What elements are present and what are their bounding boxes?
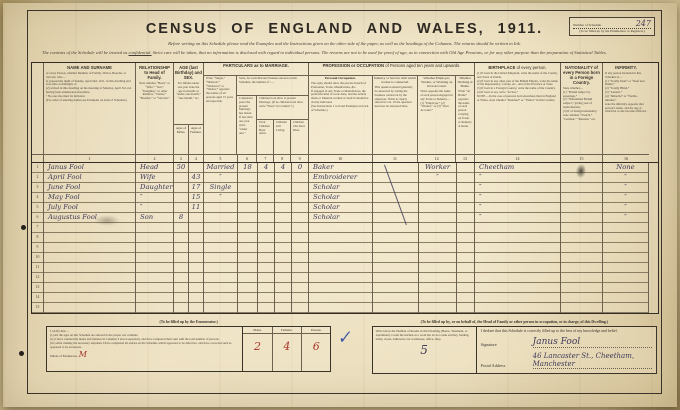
header-personal-occupation: Personal Occupation. The reply should sh…: [309, 76, 373, 154]
cell-born: [258, 193, 274, 203]
cell-years: [238, 273, 257, 283]
cell-status: [204, 213, 237, 223]
punch-dot: [19, 351, 24, 356]
cell-rel: [136, 253, 173, 263]
cell-inf: ″: [603, 213, 648, 223]
cell-occ: [309, 233, 372, 243]
cell-birth: ″: [475, 213, 560, 223]
cell-birth: [475, 223, 560, 233]
header-age-males: Ages of Males.: [174, 125, 189, 154]
cell-at_home: [457, 243, 474, 253]
cell-industry: [373, 273, 418, 283]
header-name-body: of every Person, whether Member of Famil…: [44, 71, 135, 104]
cell-age_f: [189, 223, 203, 233]
cell-industry: [373, 173, 418, 183]
column-at-home: [457, 163, 475, 313]
cell-age_m: [174, 253, 188, 263]
cell-age_m: [174, 223, 188, 233]
cell-age_f: [189, 243, 203, 253]
cell-inf: None: [603, 163, 648, 173]
cell-nat: [561, 283, 602, 293]
cell-industry: [373, 163, 418, 173]
row-number: 8: [32, 233, 43, 243]
cell-at_home: [457, 253, 474, 263]
column-relationship: HeadWifeDaughter″″Son: [136, 163, 174, 313]
cell-industry: [373, 283, 418, 293]
cell-occ: Scholar: [309, 213, 372, 223]
cell-age_f: 43: [189, 173, 203, 183]
cell-status: Married: [204, 163, 237, 173]
cell-employer: [419, 183, 456, 193]
cell-at_home: [457, 203, 474, 213]
cell-status: ″: [204, 193, 237, 203]
cell-born: [258, 283, 274, 293]
column-number: 13: [456, 155, 474, 162]
header-children-born: Total Children Born Alive.: [257, 120, 274, 154]
cell-at_home: [457, 193, 474, 203]
column-age-males: 508: [174, 163, 189, 313]
header-age: AGE (last Birthday) and SEX. For Infants…: [174, 63, 204, 162]
cell-industry: [373, 183, 418, 193]
cell-industry: [373, 263, 418, 273]
column-children-died: 0: [292, 163, 309, 313]
cell-employer: [419, 213, 456, 223]
cell-employer: [419, 283, 456, 293]
cell-age_m: [174, 273, 188, 283]
cell-status: Single: [204, 183, 237, 193]
cell-at_home: [457, 263, 474, 273]
cell-age_m: [174, 293, 188, 303]
cell-years: [238, 263, 257, 273]
cell-industry: [373, 243, 418, 253]
cell-living: [275, 263, 291, 273]
header-children-living: Children still Living.: [274, 120, 291, 154]
cell-status: [204, 293, 237, 303]
cell-status: [204, 203, 237, 213]
form-border: Number of Schedule. 247 (To be filled up…: [27, 10, 662, 394]
cell-birth: [475, 293, 560, 303]
census-table: NAME AND SURNAME of every Person, whethe…: [31, 62, 659, 314]
cell-inf: [603, 243, 648, 253]
cell-living: [275, 253, 291, 263]
cell-rel: Wife: [136, 173, 173, 183]
cell-age_m: [174, 303, 188, 313]
header-birthplace-title: BIRTHPLACE of every person.: [475, 63, 560, 71]
header-nationality-title: NATIONALITY of every Person born in a Fo…: [561, 63, 602, 86]
header-marriage-title: PARTICULARS as to MARRIAGE.: [204, 63, 308, 76]
cell-rel: [136, 243, 173, 253]
column-nationality: [561, 163, 603, 313]
totals-males-value: 2: [243, 334, 272, 371]
cell-age_m: [174, 183, 188, 193]
header-industry: Industry or Service with which worker is…: [373, 76, 419, 154]
cell-age_m: [174, 283, 188, 293]
table-header: NAME AND SURNAME of every Person, whethe…: [32, 63, 658, 163]
column-number: 10: [309, 155, 373, 162]
ink-blot: [575, 163, 587, 178]
cell-living: [275, 243, 291, 253]
cell-years: [238, 213, 257, 223]
column-number: 12: [418, 155, 456, 162]
rooms-cell: Write below the Number of Rooms in this …: [373, 327, 477, 373]
cell-occ: [309, 293, 372, 303]
column-number: 3: [174, 155, 189, 162]
declaration-text: I declare that this Schedule is correctl…: [481, 329, 652, 334]
cell-status: [204, 243, 237, 253]
cell-years: [238, 243, 257, 253]
cell-occ: Embroiderer: [309, 173, 372, 183]
header-birthplace-body: (1) If born in the United Kingdom, write…: [475, 71, 560, 104]
cell-occ: Baker: [309, 163, 372, 173]
totals-males-label: Males.: [243, 327, 272, 333]
row-number: 14: [32, 293, 43, 303]
row-number: 4: [32, 193, 43, 203]
column-number: 11: [373, 155, 419, 162]
cell-born: [258, 223, 274, 233]
header-name-title: NAME AND SURNAME: [44, 63, 135, 71]
cell-employer: [419, 253, 456, 263]
cell-industry: [373, 303, 418, 313]
cell-name: May Fool: [44, 193, 135, 203]
cell-name: [44, 293, 135, 303]
cell-name: [44, 283, 135, 293]
header-relationship: RELATIONSHIP to Head of Family. State wh…: [136, 63, 174, 162]
header-children-title: Children born alive to present Marriage.…: [257, 96, 308, 120]
cell-inf: ″: [603, 203, 648, 213]
cell-inf: ″: [603, 173, 648, 183]
column-number: 9: [291, 155, 308, 162]
cell-age_m: [174, 173, 188, 183]
cell-age_m: [174, 243, 188, 253]
cell-occ: [309, 263, 372, 273]
cell-industry: [373, 213, 418, 223]
cell-at_home: [457, 173, 474, 183]
cell-died: [292, 233, 308, 243]
cell-years: [238, 173, 257, 183]
cell-age_m: 50: [174, 163, 188, 173]
schedule-number-note: (To be filled up by the Enumerator or Re…: [573, 29, 651, 33]
cell-occ: [309, 223, 372, 233]
totals-females-label: Females.: [273, 327, 302, 333]
cell-died: [292, 303, 308, 313]
header-nationality-body: State whether— (1) “British subject by p…: [561, 86, 602, 123]
cell-age_f: [189, 293, 203, 303]
address-value: 46 Lancaster St., Cheetham, Manchester: [533, 352, 652, 369]
cell-inf: ″: [603, 193, 648, 203]
cell-name: [44, 303, 135, 313]
address-label: Postal Address: [481, 363, 533, 369]
row-number: 9: [32, 243, 43, 253]
cell-died: 0: [292, 163, 308, 173]
cell-employer: [419, 273, 456, 283]
cell-birth: [475, 243, 560, 253]
footer-section: (To be filled up by the Enumerator.) I c…: [32, 320, 657, 374]
cell-died: [292, 183, 308, 193]
cell-at_home: [457, 223, 474, 233]
cell-living: [275, 183, 291, 193]
cell-age_m: 8: [174, 213, 188, 223]
cell-age_f: [189, 233, 203, 243]
cell-employer: [419, 223, 456, 233]
cell-at_home: [457, 303, 474, 313]
cell-nat: [561, 303, 602, 313]
head-declaration-box: Write below the Number of Rooms in this …: [372, 326, 657, 374]
header-infirmity-body: If any person included in this Schedule …: [603, 71, 649, 115]
cell-employer: [419, 243, 456, 253]
row-number: 5: [32, 203, 43, 213]
cell-at_home: [457, 293, 474, 303]
cell-employer: ″: [419, 173, 456, 183]
cell-employer: [419, 263, 456, 273]
cell-living: [275, 283, 291, 293]
cell-years: [238, 183, 257, 193]
cell-status: [204, 223, 237, 233]
column-row-numbers: 123456789101112131415: [32, 163, 44, 313]
cell-name: Janus Fool: [44, 163, 135, 173]
cell-age_m: [174, 233, 188, 243]
cell-birth: [475, 283, 560, 293]
cell-at_home: [457, 283, 474, 293]
cell-age_f: [189, 273, 203, 283]
cell-birth: ″: [475, 183, 560, 193]
cell-died: [292, 173, 308, 183]
column-number: 1: [44, 154, 135, 162]
cell-rel: Head: [136, 163, 173, 173]
cell-rel: [136, 293, 173, 303]
cell-employer: [419, 193, 456, 203]
cell-occ: Scholar: [309, 203, 372, 213]
row-number: 10: [32, 253, 43, 263]
column-children-living: 4: [275, 163, 292, 313]
cell-status: [204, 253, 237, 263]
cell-nat: [561, 193, 602, 203]
confidential-underline: confidential.: [128, 50, 151, 55]
totals-persons-value: 6: [302, 334, 330, 371]
cell-nat: [561, 243, 602, 253]
instruction-line-2: The contents of the Schedule will be tre…: [28, 50, 661, 57]
cell-name: [44, 273, 135, 283]
cell-name: [44, 233, 135, 243]
column-industry: [373, 163, 419, 313]
cell-living: [275, 203, 291, 213]
cell-born: [258, 233, 274, 243]
cell-living: 4: [275, 163, 291, 173]
cell-status: ″: [204, 173, 237, 183]
cell-years: [238, 253, 257, 263]
cell-occ: [309, 253, 372, 263]
signature-value: Janus Fool: [533, 338, 652, 348]
column-age-females: 43171511: [189, 163, 204, 313]
cell-inf: [603, 273, 648, 283]
cell-born: [258, 173, 274, 183]
cell-rel: [136, 303, 173, 313]
cell-rel: [136, 273, 173, 283]
cell-living: [275, 303, 291, 313]
row-number: 6: [32, 213, 43, 223]
column-occupation: BakerEmbroidererScholarScholarScholarSch…: [309, 163, 373, 313]
cell-occ: [309, 283, 372, 293]
cell-age_m: [174, 203, 188, 213]
cell-birth: [475, 233, 560, 243]
cell-at_home: [457, 213, 474, 223]
cell-birth: Cheetham: [475, 163, 560, 173]
cell-birth: ″: [475, 193, 560, 203]
cell-employer: Worker: [419, 163, 456, 173]
cell-birth: ″: [475, 173, 560, 183]
totals-table: Males. Females. Persons. 2 4 6: [242, 327, 330, 371]
cell-name: [44, 243, 135, 253]
cell-age_f: [189, 163, 203, 173]
cell-died: [292, 243, 308, 253]
punch-dot: [21, 225, 26, 230]
cell-living: [275, 233, 291, 243]
header-birthplace: BIRTHPLACE of every person. (1) If born …: [475, 63, 561, 162]
column-years-married: 18: [238, 163, 258, 313]
initials-label: Initials of Enumerator.: [50, 354, 78, 358]
cell-years: 18: [238, 163, 257, 173]
header-nationality: NATIONALITY of every Person born in a Fo…: [561, 63, 603, 162]
cell-died: [292, 213, 308, 223]
column-number: 7: [257, 155, 274, 162]
table-body: 123456789101112131415 Janus FoolApril Fo…: [32, 163, 658, 313]
cell-years: [238, 283, 257, 293]
cell-died: [292, 263, 308, 273]
cell-name: [44, 263, 135, 273]
cell-died: [292, 293, 308, 303]
cell-age_f: [189, 283, 203, 293]
cell-born: [258, 213, 274, 223]
cell-died: [292, 253, 308, 263]
enumerator-box-heading: (To be filled up by the Enumerator.): [46, 320, 331, 324]
column-marital-status: Married″Single″: [204, 163, 238, 313]
cell-years: [238, 293, 257, 303]
cell-status: [204, 303, 237, 313]
column-number: 2: [136, 154, 173, 162]
cell-inf: [603, 233, 648, 243]
cell-born: [258, 183, 274, 193]
cell-age_f: [189, 263, 203, 273]
cell-living: [275, 273, 291, 283]
cell-years: [238, 193, 257, 203]
cell-nat: [561, 203, 602, 213]
header-marriage-group: PARTICULARS as to MARRIAGE. Write “Singl…: [204, 63, 309, 162]
header-marriage-status: Write “Single,” “Married,” “Widower,” or…: [204, 76, 237, 154]
column-number: 6: [238, 155, 258, 162]
header-relationship-body: State whether “Head,” or “Wife,” “Son,” …: [136, 81, 173, 102]
cell-died: [292, 223, 308, 233]
header-infirmity: INFIRMITY. If any person included in thi…: [603, 63, 649, 162]
cell-rel: Daughter: [136, 183, 173, 193]
cell-employer: [419, 203, 456, 213]
cell-inf: ″: [603, 183, 648, 193]
row-number: 7: [32, 223, 43, 233]
header-marriage-duration: Completed years the present Marriage has…: [237, 96, 257, 154]
cell-industry: [373, 233, 418, 243]
cell-name: Augustus Fool: [44, 213, 135, 223]
header-row-number-col: [32, 63, 44, 162]
cell-rel: Son: [136, 213, 173, 223]
cell-industry: [373, 223, 418, 233]
column-number: 16: [603, 154, 649, 162]
header-married-women: State, for each Married Woman entered on…: [237, 76, 308, 96]
cell-born: [258, 303, 274, 313]
schedule-number-label: Number of Schedule.: [573, 23, 602, 27]
row-number: 13: [32, 283, 43, 293]
header-relationship-title: RELATIONSHIP to Head of Family.: [136, 63, 173, 81]
totals-females-value: 4: [273, 334, 302, 371]
row-number: 1: [32, 163, 43, 173]
cell-age_f: 17: [189, 183, 203, 193]
cell-died: [292, 283, 308, 293]
cell-years: [238, 233, 257, 243]
cell-died: [292, 193, 308, 203]
row-number: 15: [32, 303, 43, 313]
row-number: 3: [32, 183, 43, 193]
declaration-cell: I declare that this Schedule is correctl…: [477, 327, 656, 373]
checkmark: ✓: [336, 327, 353, 349]
cell-occ: [309, 243, 372, 253]
head-box-heading: (To be filled up by, or on behalf of, th…: [372, 320, 657, 324]
cell-rel: ″: [136, 203, 173, 213]
schedule-number-box: Number of Schedule. 247 (To be filled up…: [569, 17, 655, 36]
column-employer-worker: Worker″: [419, 163, 457, 313]
cell-name: April Fool: [44, 173, 135, 183]
cell-employer: [419, 303, 456, 313]
cell-nat: [561, 183, 602, 193]
header-age-body: For Infants under one year state the age…: [174, 81, 203, 102]
cell-birth: [475, 303, 560, 313]
row-number: 11: [32, 263, 43, 273]
cell-born: [258, 253, 274, 263]
header-age-females: Ages of Females.: [189, 125, 203, 154]
column-number: 15: [561, 154, 602, 162]
cell-birth: [475, 273, 560, 283]
row-number: 12: [32, 273, 43, 283]
enumerator-certification: I certify that:— (i.) All the ages on th…: [47, 327, 242, 371]
cell-inf: [603, 303, 648, 313]
cell-birth: [475, 263, 560, 273]
cell-inf: [603, 223, 648, 233]
ink-smudge: [94, 215, 120, 226]
cell-at_home: [457, 273, 474, 283]
enumerator-initials: M: [79, 350, 87, 359]
cell-status: [204, 233, 237, 243]
instruction-line-1: Before writing on this Schedule please r…: [28, 41, 661, 48]
cell-years: [238, 203, 257, 213]
header-infirmity-title: INFIRMITY.: [603, 63, 649, 71]
header-at-home: Whether Working at Home. Write “At Home”…: [456, 76, 474, 154]
page-title: CENSUS OF ENGLAND AND WALES, 1911.: [28, 21, 661, 37]
totals-persons-label: Persons.: [302, 327, 330, 333]
cell-born: [258, 243, 274, 253]
cell-birth: ″: [475, 203, 560, 213]
cell-age_m: [174, 263, 188, 273]
cell-living: [275, 293, 291, 303]
cell-status: [204, 283, 237, 293]
cell-inf: [603, 293, 648, 303]
cell-industry: [373, 203, 418, 213]
enumerator-box: I certify that:— (i.) All the ages on th…: [46, 326, 331, 372]
cell-name: July Fool: [44, 203, 135, 213]
cell-age_f: [189, 303, 203, 313]
column-infirmity: None″″″″″: [603, 163, 649, 313]
cell-status: [204, 263, 237, 273]
cell-nat: [561, 293, 602, 303]
cell-born: [258, 263, 274, 273]
cell-industry: [373, 253, 418, 263]
header-children-died: Children who have Died.: [291, 120, 308, 154]
cell-occ: Scholar: [309, 193, 372, 203]
